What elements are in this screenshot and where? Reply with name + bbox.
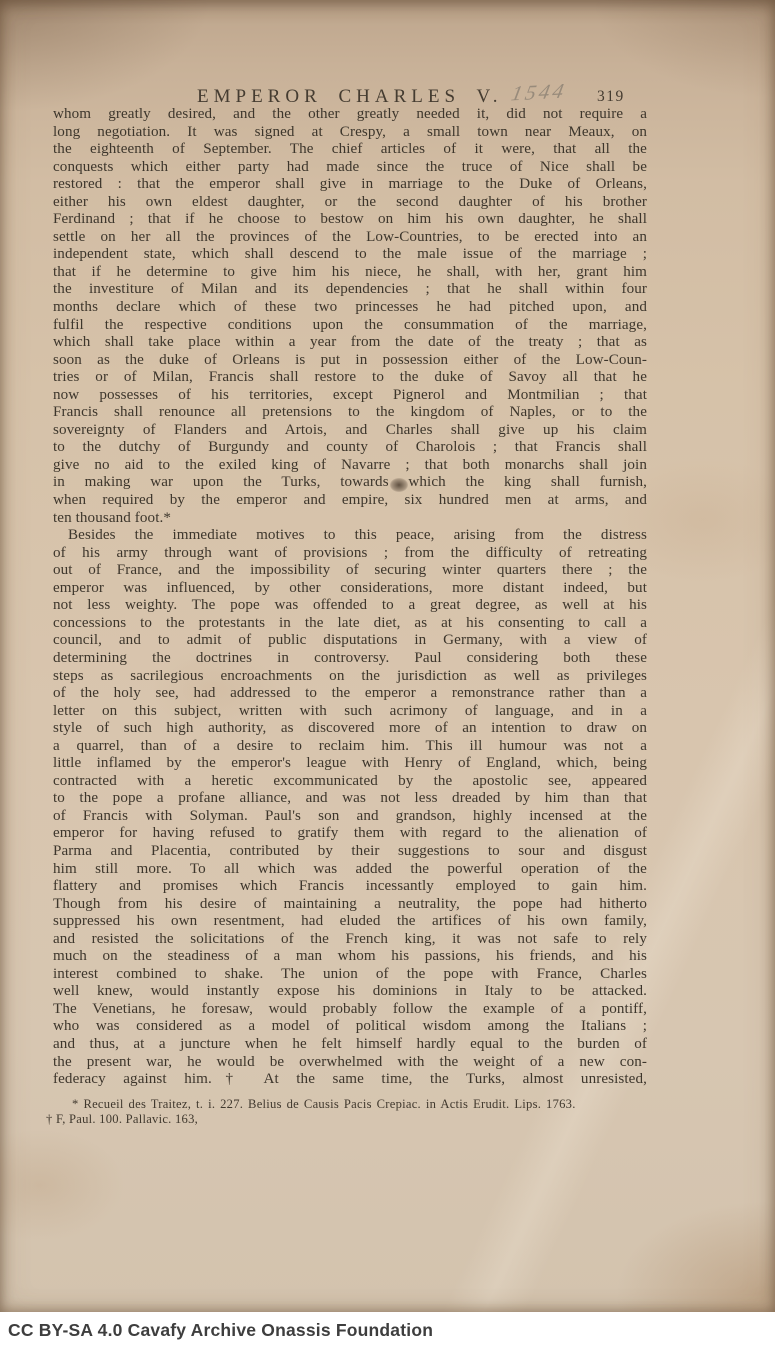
text-line: style of such high authority, as discove… [53,720,647,738]
text-line: federacy against him.† At the same time,… [53,1071,647,1089]
footnote-line: * Recueil des Traitez, t. i. 227. Belius… [46,1097,722,1112]
text-line: letter on this subject, written with suc… [53,703,647,721]
text-line: council, and to admit of public disputat… [53,632,647,650]
running-head-title: EMPEROR CHARLES V. [197,86,503,108]
text-line: Besides the immediate motives to this pe… [53,527,647,545]
text-line: fulfil the respective conditions upon th… [53,317,647,335]
text-line: who was considered as a model of politic… [53,1018,647,1036]
text-line: out of France, and the impossibility of … [53,562,647,580]
text-line: Francis shall renounce all pretensions t… [53,404,647,422]
text-line: whom greatly desired, and the other grea… [53,106,647,124]
text-line: flattery and promises which Francis ince… [53,878,647,896]
text-line: a quarrel, than of a desire to reclaim h… [53,738,647,756]
text-line: Ferdinand ; that if he choose to bestow … [53,211,647,229]
text-line: now possesses of his territories, except… [53,387,647,405]
text-line: Though from his desire of maintaining a … [53,896,647,914]
text-line: give no aid to the exiled king of Navarr… [53,457,647,475]
text-line: either his own eldest daughter, or the s… [53,194,647,212]
text-line: well knew, would instantly expose his do… [53,983,647,1001]
text-line: soon as the duke of Orleans is put in po… [53,352,647,370]
license-attribution-text: CC BY-SA 4.0 Cavafy Archive Onassis Foun… [0,1312,775,1348]
text-line: not less weighty. The pope was offended … [53,597,647,615]
footnote-line: † F, Paul. 100. Pallavic. 163, [46,1112,722,1127]
license-attribution-bar: CC BY-SA 4.0 Cavafy Archive Onassis Foun… [0,1312,775,1348]
text-line: The Venetians, he foresaw, would probabl… [53,1001,647,1019]
text-line: the present war, he would be overwhelmed… [53,1054,647,1072]
text-line: that if he determine to give him his nie… [53,264,647,282]
page-text-block: whom greatly desired, and the other grea… [53,106,647,1089]
text-line: and resisted the solicitations of the Fr… [53,931,647,949]
text-line: concessions to the protestants in the la… [53,615,647,633]
text-line: of his army through want of provisions ;… [53,545,647,563]
text-line: sovereignty of Flanders and Artois, and … [53,422,647,440]
text-line: emperor was influenced, by other conside… [53,580,647,598]
handwritten-year-annotation: 1544 [509,79,569,107]
text-line: months declare which of these two prince… [53,299,647,317]
text-line: in making war upon the Turks, towards wh… [53,474,647,492]
text-line: independent state, which shall descend t… [53,246,647,264]
text-line: to the pope a profane alliance, and was … [53,790,647,808]
ink-blot-stain [390,478,408,492]
text-line: of the holy see, had addressed to the em… [53,685,647,703]
text-line: much on the steadiness of a man whom his… [53,948,647,966]
text-line: ten thousand foot.* [53,510,647,528]
text-line: emperor for having refused to gratify th… [53,825,647,843]
text-line: the investiture of Milan and its depende… [53,281,647,299]
text-line: when required by the emperor and empire,… [53,492,647,510]
text-line: which shall take place within a year fro… [53,334,647,352]
text-line: and thus, at a juncture when he felt him… [53,1036,647,1054]
book-page-scan: EMPEROR CHARLES V. 1544 319 whom greatly… [0,0,775,1312]
text-line: the eighteenth of September. The chief a… [53,141,647,159]
text-line: suppressed his own resentment, had elude… [53,913,647,931]
text-line: restored : that the emperor shall give i… [53,176,647,194]
text-line: contracted with a heretic excommunicated… [53,773,647,791]
text-line: steps as sacrilegious encroachments on t… [53,668,647,686]
text-line: long negotiation. It was signed at Cresp… [53,124,647,142]
text-line: of Francis with Solyman. Paul's son and … [53,808,647,826]
paragraph: Besides the immediate motives to this pe… [53,527,647,1089]
text-line: him still more. To all which was added t… [53,861,647,879]
text-line: settle on her all the provinces of the L… [53,229,647,247]
text-line: determining the doctrines in controversy… [53,650,647,668]
text-line: to the dutchy of Burgundy and county of … [53,439,647,457]
text-line: little inflamed by the emperor's league … [53,755,647,773]
text-line: Parma and Placentia, contributed by thei… [53,843,647,861]
paragraph: whom greatly desired, and the other grea… [53,106,647,527]
page-number: 319 [597,88,625,106]
footnotes-block: * Recueil des Traitez, t. i. 227. Belius… [46,1097,722,1126]
text-line: tries or of Milan, Francis shall restore… [53,369,647,387]
text-line: interest combined to shake. The union of… [53,966,647,984]
text-line: conquests which either party had made si… [53,159,647,177]
